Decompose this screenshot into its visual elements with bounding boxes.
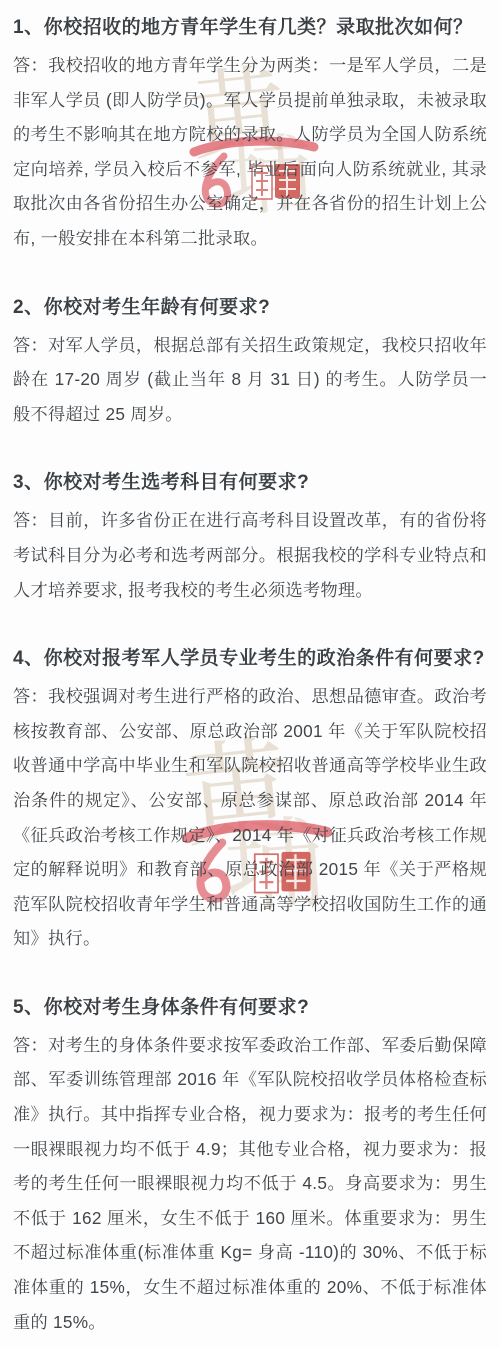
faq-section: 5、你校对考生身体条件有何要求? 答：对考生的身体条件要求按军委政治工作部、军委… bbox=[13, 994, 487, 1339]
question-heading: 3、你校对考生选考科目有何要求? bbox=[13, 469, 487, 497]
question-heading: 2、你校对考生年龄有何要求? bbox=[13, 294, 487, 322]
faq-section: 2、你校对考生年龄有何要求? 答：对军人学员，根据总部有关招生政策规定，我校只招… bbox=[13, 294, 487, 432]
question-heading: 5、你校对考生身体条件有何要求? bbox=[13, 994, 487, 1022]
faq-article: 1、你校招收的地方青年学生有几类？录取批次如何？ 答：我校招收的地方青年学生分为… bbox=[0, 0, 500, 1347]
faq-section: 3、你校对考生选考科目有何要求? 答：目前，许多省份正在进行高考科目设置改革，有… bbox=[13, 469, 487, 607]
answer-text: 答：对考生的身体条件要求按军委政治工作部、军委后勤保障部、军委训练管理部 201… bbox=[13, 1028, 487, 1339]
faq-section: 4、你校对报考军人学员专业考生的政治条件有何要求? 答：我校强调对考生进行严格的… bbox=[13, 645, 487, 956]
question-heading: 4、你校对报考军人学员专业考生的政治条件有何要求? bbox=[13, 645, 487, 673]
answer-text: 答：目前，许多省份正在进行高考科目设置改革，有的省份将考试科目分为必考和选考两部… bbox=[13, 503, 487, 607]
answer-text: 答：我校强调对考生进行严格的政治、思想品德审查。政治考核按教育部、公安部、原总政… bbox=[13, 679, 487, 956]
answer-text: 答：对军人学员，根据总部有关招生政策规定，我校只招收年龄在 17-20 周岁 (… bbox=[13, 328, 487, 432]
faq-section: 1、你校招收的地方青年学生有几类？录取批次如何？ 答：我校招收的地方青年学生分为… bbox=[13, 14, 487, 256]
answer-text: 答：我校招收的地方青年学生分为两类：一是军人学员，二是非军人学员 (即人防学员)… bbox=[13, 48, 487, 256]
question-heading: 1、你校招收的地方青年学生有几类？录取批次如何？ bbox=[13, 14, 487, 42]
